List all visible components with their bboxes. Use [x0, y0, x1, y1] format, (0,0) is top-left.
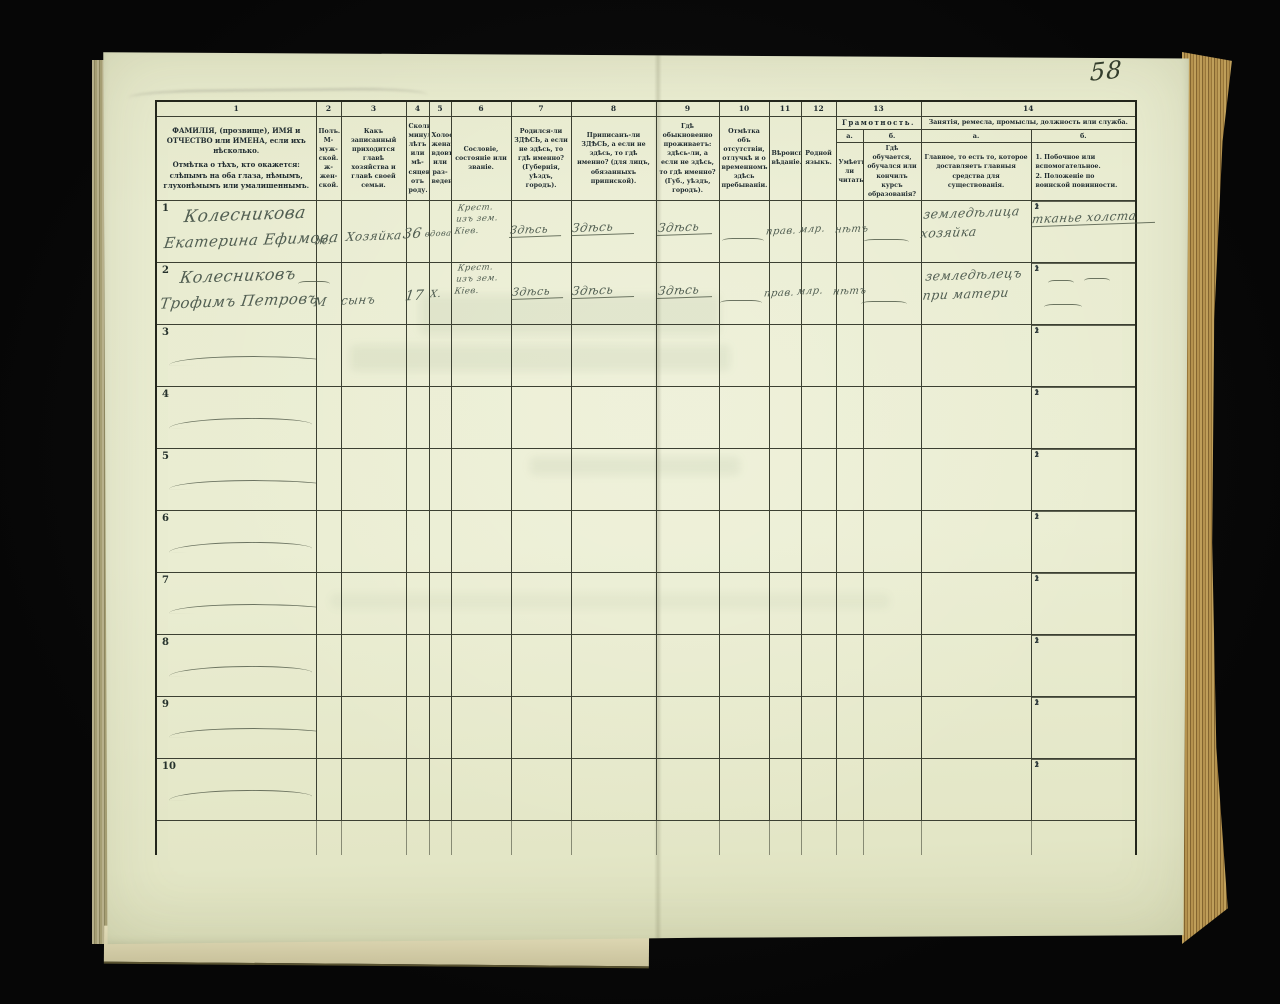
cell-education	[863, 263, 921, 325]
cell-main-occupation	[921, 573, 1031, 635]
cell-side-occupation: 1 2	[1031, 697, 1136, 759]
cell-estate	[451, 759, 511, 821]
cell-education	[863, 449, 921, 511]
cancellation-stroke	[169, 790, 312, 801]
ink-dash	[1048, 280, 1074, 286]
entry2-marital: Х.	[429, 289, 442, 300]
entry2-estate: Крест. изъ зем. Кіев.	[454, 262, 501, 298]
cell-side-occupation: 1 2	[1031, 635, 1136, 697]
col-number: 9	[656, 101, 719, 116]
cell-estate	[451, 697, 511, 759]
cell-absence	[719, 511, 769, 573]
col-header-estate: Сословіе, состояніе или званіе.	[451, 116, 511, 201]
cell-religion	[769, 387, 801, 449]
cell-estate	[451, 325, 511, 387]
col-header-absence: Отмѣтка объ отсутствіи, отлучкѣ и о врем…	[719, 116, 769, 201]
col-number: 8	[571, 101, 656, 116]
cell-side-occupation: 1 2	[1031, 759, 1136, 821]
table-row: 8 1	[156, 635, 1136, 697]
sub2-label: 2	[1035, 699, 1040, 707]
cancellation-stroke	[169, 604, 316, 615]
cancellation-stroke	[169, 418, 312, 429]
entry2-language: млр.	[796, 286, 824, 298]
cell-education	[863, 511, 921, 573]
cell-birthplace	[511, 387, 571, 449]
side-occupation-sub1: 1	[1032, 573, 1136, 574]
cell-reads	[836, 759, 863, 821]
cell-birthplace	[511, 511, 571, 573]
sublabel-b: б.	[1031, 129, 1136, 142]
col-header-education: Гдѣ обучается, обучался или кончилъ курс…	[863, 142, 921, 201]
cell-age	[406, 325, 429, 387]
cell-reads	[836, 635, 863, 697]
cell-birthplace	[511, 635, 571, 697]
cancellation-stroke	[169, 542, 312, 553]
census-sheet: 58 1 2 3 4 5 6 7 8 9 10	[100, 45, 1190, 945]
cell-religion	[769, 573, 801, 635]
col-number: 4	[406, 101, 429, 116]
cell-absence	[719, 635, 769, 697]
entry2-birthplace: Здѣсь	[511, 284, 565, 300]
cell-registration	[571, 759, 656, 821]
ink-dash	[298, 281, 330, 287]
cell-registration	[571, 387, 656, 449]
ink-dash	[1044, 304, 1082, 310]
table-row: 7 1	[156, 573, 1136, 635]
cell-marital	[429, 511, 451, 573]
cell-registration	[571, 325, 656, 387]
col-number: 3	[341, 101, 406, 116]
sub2-label: 2	[1035, 637, 1040, 645]
cell-absence	[719, 449, 769, 511]
cell-reads	[836, 573, 863, 635]
row-number: 1	[162, 203, 169, 214]
side-occupation-sub1: 1	[1032, 449, 1136, 450]
cell-age	[406, 759, 429, 821]
side-occupation-sub1: 1	[1032, 263, 1136, 264]
row-number: 3	[162, 327, 169, 338]
cancellation-stroke	[169, 666, 312, 677]
cell-language	[801, 511, 836, 573]
partial-row	[156, 821, 1136, 855]
cell-name: 5	[156, 449, 316, 511]
col-header-reads: Умѣетъ- ли читать?	[836, 142, 863, 201]
cell-religion	[769, 511, 801, 573]
cell-registration	[571, 573, 656, 635]
census-scan: 58 1 2 3 4 5 6 7 8 9 10	[0, 0, 1280, 1004]
sub2-label: 2	[1035, 265, 1040, 273]
cell-name: 3	[156, 325, 316, 387]
cell-main-occupation	[921, 635, 1031, 697]
cell-relation	[341, 511, 406, 573]
cell-religion	[769, 697, 801, 759]
sub2-label: 2	[1035, 513, 1040, 521]
cell-birthplace	[511, 449, 571, 511]
cell-side-occupation: 1 2	[1031, 511, 1136, 573]
col-number: 7	[511, 101, 571, 116]
table-row: 6 1	[156, 511, 1136, 573]
cell-marital	[429, 759, 451, 821]
row-number: 5	[162, 451, 169, 462]
cell-education	[863, 325, 921, 387]
cell-language	[801, 759, 836, 821]
col-number: 6	[451, 101, 511, 116]
cell-relation	[341, 635, 406, 697]
cell-age	[406, 573, 429, 635]
entry1-religion: прав.	[765, 225, 797, 237]
cell-name: 9	[156, 697, 316, 759]
side-occupation-sub1: 1	[1032, 511, 1136, 512]
cell-registration	[571, 697, 656, 759]
entry1-age: 36	[402, 226, 423, 243]
cell-reads	[836, 449, 863, 511]
cell-education	[863, 387, 921, 449]
cell-sex	[316, 635, 341, 697]
cell-sex	[316, 263, 341, 325]
cell-main-occupation	[921, 387, 1031, 449]
cell-language	[801, 449, 836, 511]
entry2-main-occupation: земледѣлецъ при матери	[921, 264, 1023, 305]
cell-religion	[769, 759, 801, 821]
entry2-age: 17	[404, 288, 425, 305]
cell-name: 4	[156, 387, 316, 449]
cell-main-occupation	[921, 511, 1031, 573]
col-header-birthplace: Родился-ли ЗДѢСЬ, а если не здѣсь, то гд…	[511, 116, 571, 201]
group-header-literacy: Грамотность.	[836, 116, 921, 129]
ink-dash	[861, 301, 907, 307]
group-header-occupation: Занятія, ремесла, промыслы, должность ил…	[921, 116, 1136, 129]
cell-birthplace	[511, 759, 571, 821]
sub2-label: 2	[1035, 575, 1040, 583]
cell-residence	[656, 635, 719, 697]
sublabel-a: а.	[921, 129, 1031, 142]
cell-absence	[719, 263, 769, 325]
cell-main-occupation	[921, 449, 1031, 511]
col-header-name: ФАМИЛІЯ, (прозвище), ИМЯ и ОТЧЕСТВО или …	[156, 116, 316, 201]
cell-absence	[719, 697, 769, 759]
cancellation-stroke	[169, 480, 316, 491]
entry1-registration: Здѣсь	[571, 219, 637, 236]
entry1-language: млр.	[798, 224, 826, 236]
col-header-residence: Гдѣ обыкновенно проживаетъ: здѣсь-ли, а …	[656, 116, 719, 201]
col-header-registration: Приписанъ-ли ЗДѢСЬ, а если не здѣсь, то …	[571, 116, 656, 201]
col-number: 13	[836, 101, 921, 116]
side-occupation-sub1: 1	[1032, 635, 1136, 636]
cell-age	[406, 511, 429, 573]
col-number: 14	[921, 101, 1136, 116]
sub2-label: 2	[1035, 327, 1040, 335]
cell-sex	[316, 511, 341, 573]
cell-estate	[451, 635, 511, 697]
sub2-label: 2	[1035, 761, 1040, 769]
col-number: 11	[769, 101, 801, 116]
cell-age	[406, 635, 429, 697]
side-occupation-sub1: 1	[1032, 387, 1136, 388]
entry2-registration: Здѣсь	[571, 282, 637, 299]
entry2-residence: Здѣсь	[657, 282, 715, 299]
entry1-estate: Крест. изъ зем. Кіев.	[454, 202, 501, 238]
cell-side-occupation: 1 2	[1031, 325, 1136, 387]
cell-reads	[836, 511, 863, 573]
cell-age	[406, 449, 429, 511]
col-header-language: Родной языкъ.	[801, 116, 836, 201]
cell-marital	[429, 697, 451, 759]
cell-relation	[341, 325, 406, 387]
cell-residence	[656, 387, 719, 449]
cell-absence	[719, 325, 769, 387]
cell-reads	[836, 697, 863, 759]
cell-absence	[719, 759, 769, 821]
cell-sex	[316, 387, 341, 449]
cell-side-occupation: 1 2	[1031, 573, 1136, 635]
cell-language	[801, 387, 836, 449]
cell-education	[863, 759, 921, 821]
ink-dash	[863, 239, 909, 245]
ink-dash	[1084, 278, 1110, 284]
cell-relation	[341, 573, 406, 635]
cancellation-stroke	[169, 728, 316, 739]
col-header-main-occupation: Главное, то есть то, которое доставляетъ…	[921, 142, 1031, 201]
ink-dash	[722, 238, 764, 244]
cell-residence	[656, 573, 719, 635]
entry2-reads: нѣтъ	[832, 285, 867, 297]
cell-language	[801, 325, 836, 387]
cell-religion	[769, 325, 801, 387]
page-number: 58	[1090, 55, 1123, 87]
cell-marital	[429, 635, 451, 697]
cell-birthplace	[511, 573, 571, 635]
entry2-religion: прав.	[763, 287, 795, 299]
sub2-label: 2	[1035, 203, 1040, 211]
table-row: 10 1	[156, 759, 1136, 821]
cell-language	[801, 635, 836, 697]
cell-absence	[719, 387, 769, 449]
header-name-line2: Отмѣтка о тѣхъ, кто окажется: слѣпымъ на…	[163, 160, 310, 190]
entry1-relation: Хозяйка	[345, 228, 403, 244]
entry1-residence: Здѣсь	[657, 219, 715, 236]
cell-main-occupation	[921, 759, 1031, 821]
cell-sex	[316, 449, 341, 511]
row-number: 8	[162, 637, 169, 648]
cell-main-occupation	[921, 697, 1031, 759]
cell-side-occupation: 1 2	[1031, 387, 1136, 449]
cell-sex	[316, 697, 341, 759]
table-header: 1 2 3 4 5 6 7 8 9 10 11 12 13 14	[156, 101, 1136, 201]
entry1-sex: ж.	[314, 234, 333, 248]
col-header-sex: Полъ. М-муж- ской. ж-жен- ской.	[316, 116, 341, 201]
cell-residence	[656, 759, 719, 821]
table-row: 9 1	[156, 697, 1136, 759]
cell-registration	[571, 635, 656, 697]
row-number: 9	[162, 699, 169, 710]
sublabel-a: а.	[836, 129, 863, 142]
cell-education	[863, 201, 921, 263]
cell-estate	[451, 573, 511, 635]
sub2-label: 2	[1035, 451, 1040, 459]
col-header-marital: Холостъ, женатъ, вдовъ или раз- веденъ.	[429, 116, 451, 201]
cell-birthplace	[511, 325, 571, 387]
cell-sex	[316, 325, 341, 387]
cell-relation	[341, 697, 406, 759]
sub2-label: 2	[1035, 389, 1040, 397]
cell-religion	[769, 449, 801, 511]
row-number: 6	[162, 513, 169, 524]
cell-reads	[836, 387, 863, 449]
row-number: 2	[162, 265, 169, 276]
table-row: 4 1	[156, 387, 1136, 449]
cell-age	[406, 387, 429, 449]
cell-relation	[341, 387, 406, 449]
entry1-marital: вдова	[424, 229, 452, 239]
cell-birthplace	[511, 697, 571, 759]
row-number: 4	[162, 389, 169, 400]
cell-reads	[836, 325, 863, 387]
sublabel-b: б.	[863, 129, 921, 142]
cell-main-occupation	[921, 325, 1031, 387]
column-header-row: ФАМИЛІЯ, (прозвище), ИМЯ и ОТЧЕСТВО или …	[156, 116, 1136, 129]
col-header-religion: Вѣроиспо- вѣданіе.	[769, 116, 801, 201]
side-occupation-sub1: 1	[1032, 697, 1136, 698]
cell-estate	[451, 387, 511, 449]
cell-estate	[451, 449, 511, 511]
cell-residence	[656, 325, 719, 387]
table-row: 5 1	[156, 449, 1136, 511]
table-row: 3 1	[156, 325, 1136, 387]
cell-registration	[571, 511, 656, 573]
entry2-sex: М	[313, 295, 328, 310]
cell-sex	[316, 759, 341, 821]
column-number-row: 1 2 3 4 5 6 7 8 9 10 11 12 13 14	[156, 101, 1136, 116]
cell-education	[863, 635, 921, 697]
cell-sex	[316, 573, 341, 635]
cell-education	[863, 573, 921, 635]
cell-age	[406, 697, 429, 759]
cell-absence	[719, 573, 769, 635]
cell-side-occupation: 1 2	[1031, 449, 1136, 511]
cell-marital	[429, 573, 451, 635]
cell-name: 8	[156, 635, 316, 697]
col-number: 12	[801, 101, 836, 116]
cell-absence	[719, 201, 769, 263]
header-name-line1: ФАМИЛІЯ, (прозвище), ИМЯ и ОТЧЕСТВО или …	[163, 126, 310, 156]
entry1-main-occupation: земледѣлица хозяйка	[919, 202, 1021, 243]
col-number: 1	[156, 101, 316, 116]
cell-residence	[656, 697, 719, 759]
cell-marital	[429, 325, 451, 387]
cell-estate	[451, 511, 511, 573]
col-header-side-occupation: 1. Побочное или вспомогательное. 2. Поло…	[1031, 142, 1136, 201]
col-number: 10	[719, 101, 769, 116]
side-occupation-sub1: 1	[1032, 325, 1136, 326]
col-number: 2	[316, 101, 341, 116]
cell-education	[863, 697, 921, 759]
col-header-age: Сколько минуло лѣтъ или мѣ- сяцевъ отъ р…	[406, 116, 429, 201]
cell-marital	[429, 449, 451, 511]
cell-registration	[571, 449, 656, 511]
cell-residence	[656, 449, 719, 511]
cell-name: 10	[156, 759, 316, 821]
col-header-relation: Какъ записанный приходится главѣ хозяйст…	[341, 116, 406, 201]
side-occupation-sub1: 1	[1032, 201, 1136, 202]
entry1-reads: нѣтъ	[834, 223, 869, 235]
cell-side-occupation: 1 2	[1031, 263, 1136, 325]
cancellation-stroke	[169, 356, 316, 367]
cell-language	[801, 697, 836, 759]
page-stack-right-edge	[1182, 52, 1234, 944]
cell-name: 6	[156, 511, 316, 573]
row-number: 7	[162, 575, 169, 586]
entry1-side-occupation: тканье холста	[1031, 208, 1157, 227]
cell-relation	[341, 759, 406, 821]
cell-religion	[769, 635, 801, 697]
col-number: 5	[429, 101, 451, 116]
cell-name: 7	[156, 573, 316, 635]
row-number: 10	[162, 761, 176, 772]
entry2-relation: сынъ	[340, 292, 376, 307]
cell-residence	[656, 511, 719, 573]
cell-relation	[341, 449, 406, 511]
cell-language	[801, 573, 836, 635]
side-occupation-sub1: 1	[1032, 759, 1136, 760]
ink-dash	[720, 300, 762, 306]
entry1-birthplace: Здѣсь	[509, 222, 563, 238]
cell-marital	[429, 387, 451, 449]
